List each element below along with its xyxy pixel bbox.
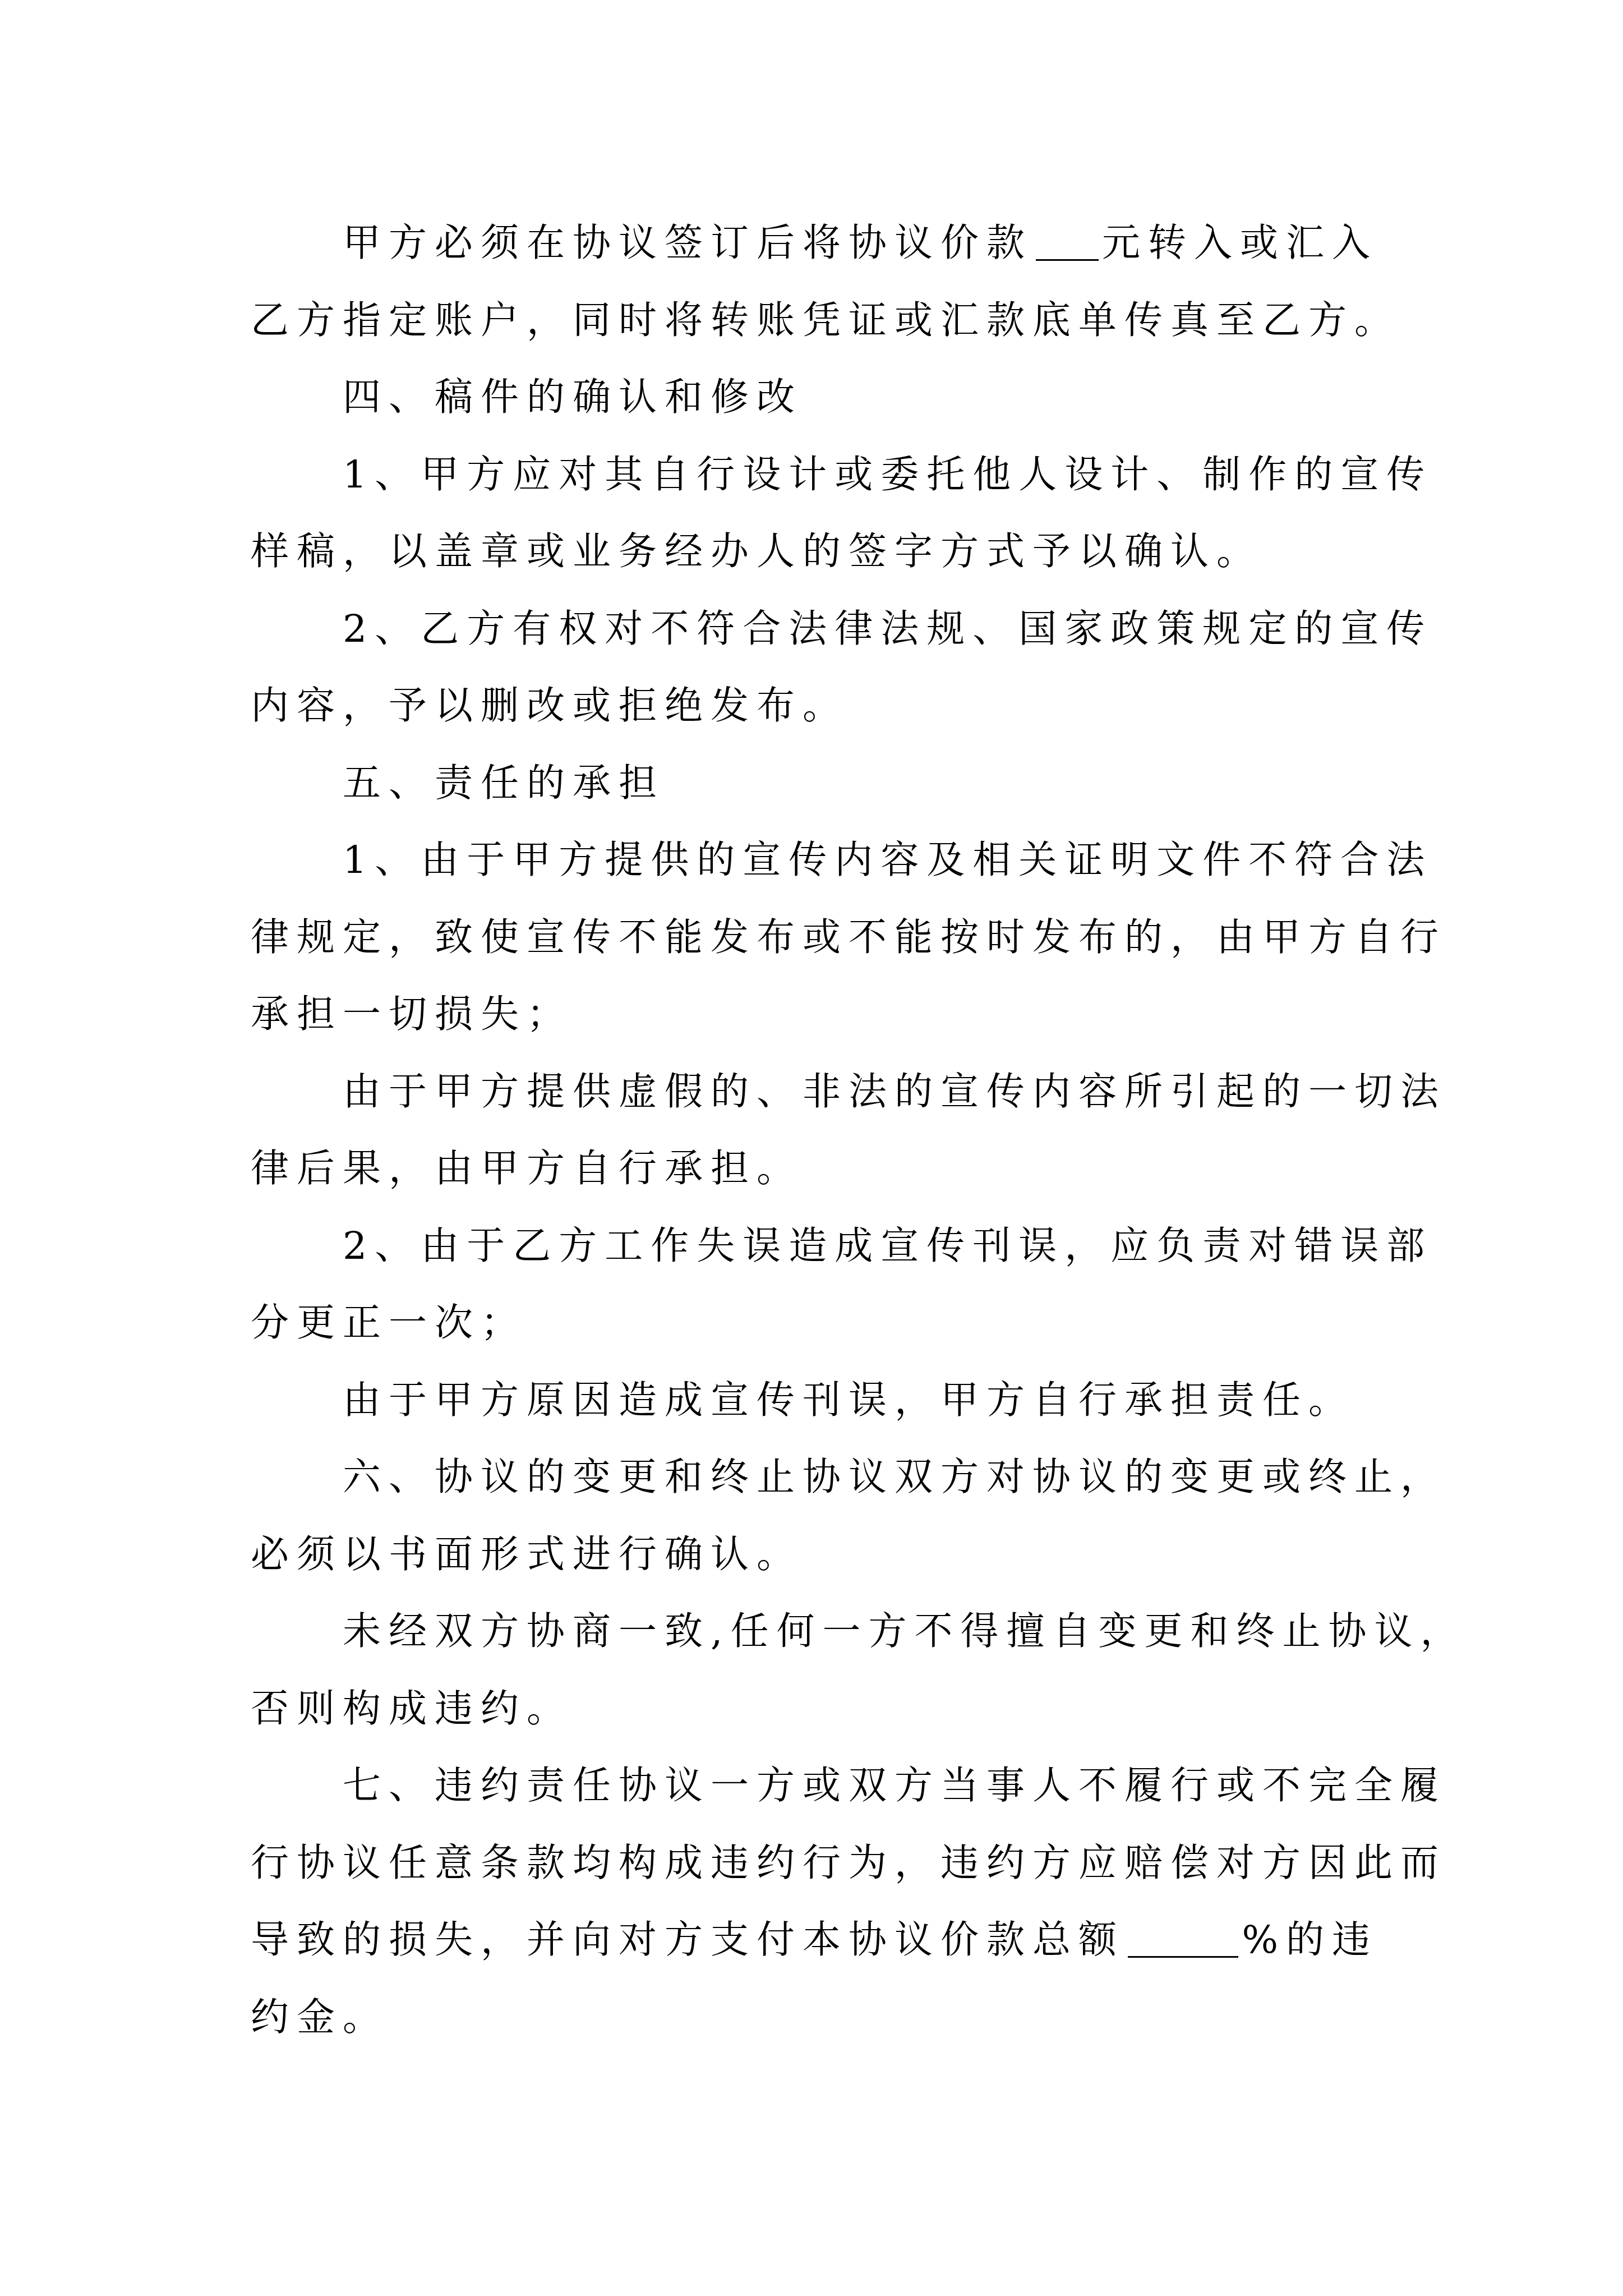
text-line: 导致的损失，并向对方支付本协议价款总额%的违 xyxy=(251,1906,1378,1983)
line-text: 内容，予以删改或拒绝发布。 xyxy=(251,671,849,725)
section-5-item-2: 2、由于乙方工作失误造成宣传刊误，应负责对错误部 分更正一次； xyxy=(251,1212,1378,1366)
text-line: 甲方必须在协议签订后将协议价款元转入或汇入 xyxy=(251,209,1378,286)
line-text: 约金。 xyxy=(251,1983,389,2037)
text-line: 未经双方协商一致,任何一方不得擅自变更和终止协议， xyxy=(251,1597,1378,1674)
section-5-item-1b: 由于甲方提供虚假的、非法的宣传内容所引起的一切法 律后果，由甲方自行承担。 xyxy=(251,1057,1378,1212)
line-text: 律后果，由甲方自行承担。 xyxy=(251,1134,803,1188)
text-line: 2、乙方有权对不符合法律法规、国家政策规定的宣传 xyxy=(251,595,1378,672)
heading-line: 四、稿件的确认和修改 xyxy=(251,363,1378,440)
text-line: 乙方指定账户，同时将转账凭证或汇款底单传真至乙方。 xyxy=(251,286,1378,364)
text-line: 样稿，以盖章或业务经办人的签字方式予以确认。 xyxy=(251,517,1378,595)
line-text: 承担一切损失； xyxy=(251,980,573,1034)
text-line: 行协议任意条款均构成违约行为，违约方应赔偿对方因此而 xyxy=(251,1829,1378,1906)
text-line: 1、由于甲方提供的宣传内容及相关证明文件不符合法 xyxy=(251,826,1378,903)
text-after-blank: 元转入或汇入 xyxy=(1102,209,1378,263)
line-text: 由于甲方提供虚假的、非法的宣传内容所引起的一切法 xyxy=(343,1057,1446,1111)
line-text: 1、由于甲方提供的宣传内容及相关证明文件不符合法 xyxy=(343,826,1432,880)
text-before-blank: 甲方必须在协议签订后将协议价款 xyxy=(343,209,1032,263)
paragraph-payment: 甲方必须在协议签订后将协议价款元转入或汇入 乙方指定账户，同时将转账凭证或汇款底… xyxy=(251,209,1378,363)
text-line: 承担一切损失； xyxy=(251,980,1378,1057)
heading-text: 五、责任的承担 xyxy=(343,749,665,803)
heading-text: 四、稿件的确认和修改 xyxy=(343,363,803,417)
section-6: 六、协议的变更和终止协议双方对协议的变更或终止， 必须以书面形式进行确认。 xyxy=(251,1443,1378,1597)
line-text: 乙方指定账户，同时将转账凭证或汇款底单传真至乙方。 xyxy=(251,286,1400,340)
text-line: 内容，予以删改或拒绝发布。 xyxy=(251,671,1378,749)
line-text: 分更正一次； xyxy=(251,1289,527,1342)
line-text: 行协议任意条款均构成违约行为，违约方应赔偿对方因此而 xyxy=(251,1829,1446,1883)
text-line: 约金。 xyxy=(251,1983,1378,2060)
section-6b: 未经双方协商一致,任何一方不得擅自变更和终止协议， 否则构成违约。 xyxy=(251,1597,1378,1751)
line-text: 2、由于乙方工作失误造成宣传刊误，应负责对错误部 xyxy=(343,1212,1432,1266)
text-line: 由于甲方提供虚假的、非法的宣传内容所引起的一切法 xyxy=(251,1057,1378,1135)
section-5-item-2b: 由于甲方原因造成宣传刊误，甲方自行承担责任。 xyxy=(251,1366,1378,1443)
text-line: 律后果，由甲方自行承担。 xyxy=(251,1134,1378,1212)
line-text: 1、甲方应对其自行设计或委托他人设计、制作的宣传 xyxy=(343,440,1432,494)
document-page: 甲方必须在协议签订后将协议价款元转入或汇入 乙方指定账户，同时将转账凭证或汇款底… xyxy=(251,209,1378,2060)
section-4-heading: 四、稿件的确认和修改 xyxy=(251,363,1378,440)
heading-line: 五、责任的承担 xyxy=(251,749,1378,826)
text-line: 2、由于乙方工作失误造成宣传刊误，应负责对错误部 xyxy=(251,1212,1378,1289)
amount-blank-field[interactable] xyxy=(1036,224,1099,261)
text-line: 必须以书面形式进行确认。 xyxy=(251,1520,1378,1598)
line-text: 2、乙方有权对不符合法律法规、国家政策规定的宣传 xyxy=(343,595,1432,648)
line-text: 由于甲方原因造成宣传刊误，甲方自行承担责任。 xyxy=(343,1366,1354,1420)
percent-blank-field[interactable] xyxy=(1128,1921,1238,1958)
section-4-item-2: 2、乙方有权对不符合法律法规、国家政策规定的宣传 内容，予以删改或拒绝发布。 xyxy=(251,595,1378,749)
text-line: 由于甲方原因造成宣传刊误，甲方自行承担责任。 xyxy=(251,1366,1378,1443)
section-4-item-1: 1、甲方应对其自行设计或委托他人设计、制作的宣传 样稿，以盖章或业务经办人的签字… xyxy=(251,440,1378,595)
text-before-blank: 导致的损失，并向对方支付本协议价款总额 xyxy=(251,1906,1124,1959)
section-7: 七、违约责任协议一方或双方当事人不履行或不完全履 行协议任意条款均构成违约行为，… xyxy=(251,1751,1378,2060)
text-line: 分更正一次； xyxy=(251,1289,1378,1366)
line-text: 律规定，致使宣传不能发布或不能按时发布的，由甲方自行 xyxy=(251,903,1446,957)
text-line: 律规定，致使宣传不能发布或不能按时发布的，由甲方自行 xyxy=(251,903,1378,981)
text-line: 否则构成违约。 xyxy=(251,1674,1378,1752)
line-text: 样稿，以盖章或业务经办人的签字方式予以确认。 xyxy=(251,517,1262,571)
section-5-item-1: 1、由于甲方提供的宣传内容及相关证明文件不符合法 律规定，致使宣传不能发布或不能… xyxy=(251,826,1378,1057)
text-line: 1、甲方应对其自行设计或委托他人设计、制作的宣传 xyxy=(251,440,1378,518)
line-text: 七、违约责任协议一方或双方当事人不履行或不完全履 xyxy=(343,1751,1446,1805)
text-after-blank: %的违 xyxy=(1242,1906,1378,1959)
line-text: 未经双方协商一致,任何一方不得擅自变更和终止协议， xyxy=(343,1597,1467,1651)
line-text: 六、协议的变更和终止协议双方对协议的变更或终止， xyxy=(343,1443,1446,1497)
section-5-heading: 五、责任的承担 xyxy=(251,749,1378,826)
line-text: 必须以书面形式进行确认。 xyxy=(251,1520,803,1574)
text-line: 七、违约责任协议一方或双方当事人不履行或不完全履 xyxy=(251,1751,1378,1829)
text-line: 六、协议的变更和终止协议双方对协议的变更或终止， xyxy=(251,1443,1378,1520)
line-text: 否则构成违约。 xyxy=(251,1674,573,1728)
